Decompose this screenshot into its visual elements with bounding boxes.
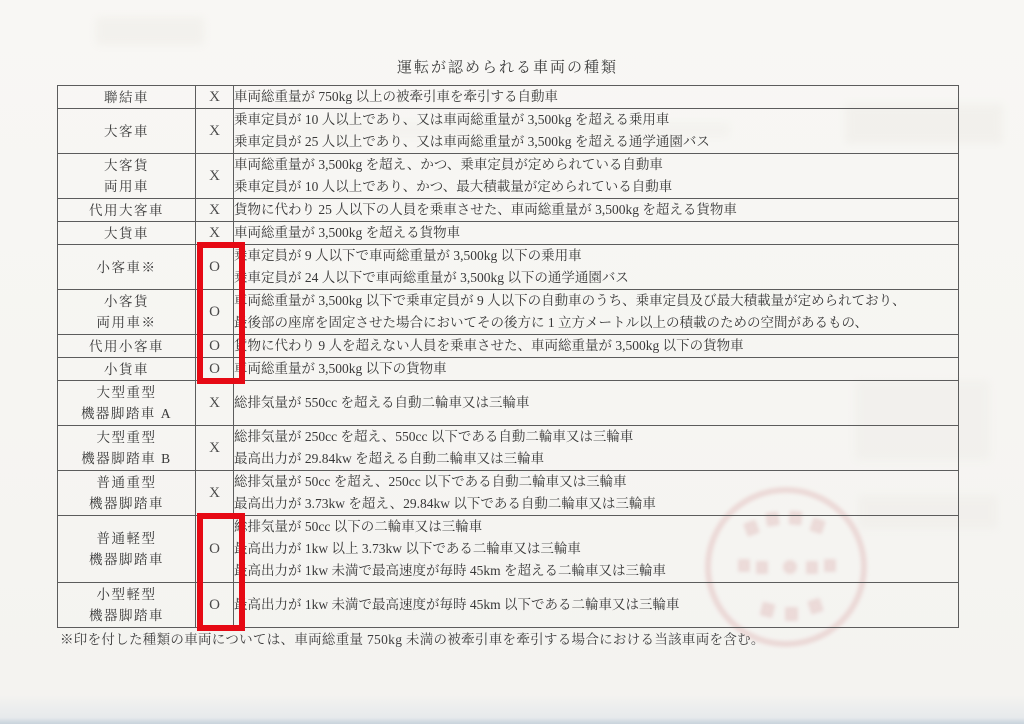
- permission-mark-cell: X: [196, 199, 234, 222]
- description-cell: 総排気量が 50cc を超え、250cc 以下である自動二輪車又は三輪車最高出力…: [234, 471, 959, 516]
- table-row: 小客貨両用車※O車両総重量が 3,500kg 以下で乗車定員が 9 人以下の自動…: [58, 290, 959, 335]
- vehicle-type-cell: 小客車※: [58, 245, 196, 290]
- description-line: 乗車定員が 25 人以上であり、又は車両総重量が 3,500kg を超える通学通…: [234, 131, 958, 153]
- permission-mark-cell: O: [196, 245, 234, 290]
- description-line: 最高出力が 1kw 未満で最高速度が毎時 45km 以下である二輪車又は三輪車: [234, 594, 958, 616]
- table-row: 代用大客車X貨物に代わり 25 人以下の人員を乗車させた、車両総重量が 3,50…: [58, 199, 959, 222]
- permission-mark-cell: O: [196, 335, 234, 358]
- vehicle-type-line: 機器脚踏車: [58, 605, 195, 626]
- vehicle-type-line: 機器脚踏車 B: [58, 448, 195, 469]
- table-row: 小客車※O乗車定員が 9 人以下で車両総重量が 3,500kg 以下の乗用車乗車…: [58, 245, 959, 290]
- description-line: 車両総重量が 750kg 以上の被牽引車を牽引する自動車: [234, 86, 958, 108]
- description-cell: 車両総重量が 750kg 以上の被牽引車を牽引する自動車: [234, 86, 959, 109]
- description-cell: 乗車定員が 9 人以下で車両総重量が 3,500kg 以下の乗用車乗車定員が 2…: [234, 245, 959, 290]
- vehicle-type-line: 代用大客車: [58, 200, 195, 221]
- description-line: 乗車定員が 10 人以上であり、又は車両総重量が 3,500kg を超える乗用車: [234, 109, 958, 131]
- vehicle-type-line: 小型軽型: [58, 584, 195, 605]
- description-line: 総排気量が 50cc を超え、250cc 以下である自動二輪車又は三輪車: [234, 471, 958, 493]
- description-cell: 総排気量が 250cc を超え、550cc 以下である自動二輪車又は三輪車最高出…: [234, 426, 959, 471]
- vehicle-type-line: 小客車※: [58, 257, 195, 278]
- description-line: 乗車定員が 24 人以下で車両総重量が 3,500kg 以下の通学通園バス: [234, 267, 958, 289]
- permission-mark-cell: O: [196, 290, 234, 335]
- description-line: 最高出力が 1kw 以上 3.73kw 以下である二輪車又は三輪車: [234, 538, 958, 560]
- vehicle-type-line: 機器脚踏車: [58, 549, 195, 570]
- description-line: 最高出力が 29.84kw を超える自動二輪車又は三輪車: [234, 448, 958, 470]
- permission-mark-cell: X: [196, 222, 234, 245]
- vehicle-type-line: 小貨車: [58, 359, 195, 380]
- vehicle-type-cell: 大客車: [58, 109, 196, 154]
- description-cell: 総排気量が 550cc を超える自動二輪車又は三輪車: [234, 381, 959, 426]
- description-cell: 車両総重量が 3,500kg 以下の貨物車: [234, 358, 959, 381]
- description-line: 車両総重量が 3,500kg を超え、かつ、乗車定員が定められている自動車: [234, 154, 958, 176]
- vehicle-type-cell: 普通重型機器脚踏車: [58, 471, 196, 516]
- vehicle-type-line: 大客貨: [58, 155, 195, 176]
- vehicle-type-cell: 小客貨両用車※: [58, 290, 196, 335]
- vehicle-type-line: 小客貨: [58, 291, 195, 312]
- permission-mark-cell: X: [196, 426, 234, 471]
- table-row: 大型重型機器脚踏車 AX総排気量が 550cc を超える自動二輪車又は三輪車: [58, 381, 959, 426]
- permission-mark-cell: X: [196, 381, 234, 426]
- description-cell: 貨物に代わり 9 人を超えない人員を乗車させた、車両総重量が 3,500kg 以…: [234, 335, 959, 358]
- footnote: ※印を付した種類の車両については、車両総重量 750kg 未満の被牽引車を牽引す…: [60, 628, 765, 648]
- description-cell: 車両総重量が 3,500kg を超え、かつ、乗車定員が定められている自動車乗車定…: [234, 154, 959, 199]
- permission-mark-cell: X: [196, 109, 234, 154]
- permission-mark-cell: X: [196, 154, 234, 199]
- vehicle-type-line: 普通重型: [58, 472, 195, 493]
- vehicle-permission-table: 聯結車X車両総重量が 750kg 以上の被牽引車を牽引する自動車大客車X乗車定員…: [57, 85, 959, 628]
- scanned-document-page: 運転が認められる車両の種類 聯結車X車両総重量が 750kg 以上の被牽引車を牽…: [0, 0, 1024, 724]
- vehicle-type-line: 聯結車: [58, 87, 195, 108]
- vehicle-type-cell: 代用大客車: [58, 199, 196, 222]
- description-line: 最後部の座席を固定させた場合においてその後方に 1 立方メートル以上の積載のため…: [234, 312, 958, 334]
- vehicle-type-cell: 聯結車: [58, 86, 196, 109]
- description-line: 貨物に代わり 25 人以下の人員を乗車させた、車両総重量が 3,500kg を超…: [234, 199, 958, 221]
- bleedthrough-mark: [96, 17, 204, 45]
- page-bottom-edge: [0, 718, 1024, 724]
- description-line: 車両総重量が 3,500kg 以下で乗車定員が 9 人以下の自動車のうち、乗車定…: [234, 290, 958, 312]
- description-line: 乗車定員が 9 人以下で車両総重量が 3,500kg 以下の乗用車: [234, 245, 958, 267]
- vehicle-type-cell: 小貨車: [58, 358, 196, 381]
- permission-mark-cell: O: [196, 516, 234, 583]
- table-row: 小貨車O車両総重量が 3,500kg 以下の貨物車: [58, 358, 959, 381]
- description-line: 総排気量が 550cc を超える自動二輪車又は三輪車: [234, 392, 958, 414]
- description-cell: 車両総重量が 3,500kg 以下で乗車定員が 9 人以下の自動車のうち、乗車定…: [234, 290, 959, 335]
- table-row: 小型軽型機器脚踏車O最高出力が 1kw 未満で最高速度が毎時 45km 以下であ…: [58, 583, 959, 628]
- vehicle-type-line: 大客車: [58, 121, 195, 142]
- table-row: 聯結車X車両総重量が 750kg 以上の被牽引車を牽引する自動車: [58, 86, 959, 109]
- description-cell: 貨物に代わり 25 人以下の人員を乗車させた、車両総重量が 3,500kg を超…: [234, 199, 959, 222]
- vehicle-type-cell: 普通軽型機器脚踏車: [58, 516, 196, 583]
- table-row: 普通軽型機器脚踏車O総排気量が 50cc 以下の二輪車又は三輪車最高出力が 1k…: [58, 516, 959, 583]
- description-cell: 車両総重量が 3,500kg を超える貨物車: [234, 222, 959, 245]
- vehicle-type-cell: 大型重型機器脚踏車 B: [58, 426, 196, 471]
- vehicle-type-line: 大型重型: [58, 427, 195, 448]
- description-cell: 乗車定員が 10 人以上であり、又は車両総重量が 3,500kg を超える乗用車…: [234, 109, 959, 154]
- vehicle-type-cell: 大客貨両用車: [58, 154, 196, 199]
- vehicle-type-line: 両用車※: [58, 312, 195, 333]
- vehicle-type-line: 代用小客車: [58, 336, 195, 357]
- permission-mark-cell: X: [196, 471, 234, 516]
- description-line: 総排気量が 50cc 以下の二輪車又は三輪車: [234, 516, 958, 538]
- table-row: 大型重型機器脚踏車 BX総排気量が 250cc を超え、550cc 以下である自…: [58, 426, 959, 471]
- vehicle-type-line: 大貨車: [58, 223, 195, 244]
- vehicle-type-cell: 大型重型機器脚踏車 A: [58, 381, 196, 426]
- permission-mark-cell: X: [196, 86, 234, 109]
- description-line: 車両総重量が 3,500kg を超える貨物車: [234, 222, 958, 244]
- description-cell: 総排気量が 50cc 以下の二輪車又は三輪車最高出力が 1kw 以上 3.73k…: [234, 516, 959, 583]
- table-row: 代用小客車O貨物に代わり 9 人を超えない人員を乗車させた、車両総重量が 3,5…: [58, 335, 959, 358]
- table-row: 大客車X乗車定員が 10 人以上であり、又は車両総重量が 3,500kg を超え…: [58, 109, 959, 154]
- table-row: 普通重型機器脚踏車X総排気量が 50cc を超え、250cc 以下である自動二輪…: [58, 471, 959, 516]
- vehicle-type-line: 普通軽型: [58, 528, 195, 549]
- description-line: 総排気量が 250cc を超え、550cc 以下である自動二輪車又は三輪車: [234, 426, 958, 448]
- vehicle-type-cell: 大貨車: [58, 222, 196, 245]
- description-line: 最高出力が 3.73kw を超え、29.84kw 以下である自動二輪車又は三輪車: [234, 493, 958, 515]
- description-line: 最高出力が 1kw 未満で最高速度が毎時 45km を超える二輪車又は三輪車: [234, 560, 958, 582]
- page-title: 運転が認められる車両の種類: [57, 56, 958, 77]
- vehicle-type-line: 機器脚踏車 A: [58, 403, 195, 424]
- vehicle-type-cell: 代用小客車: [58, 335, 196, 358]
- vehicle-type-line: 両用車: [58, 176, 195, 197]
- vehicle-type-line: 大型重型: [58, 382, 195, 403]
- description-line: 乗車定員が 10 人以上であり、かつ、最大積載量が定められている自動車: [234, 176, 958, 198]
- vehicle-table-body: 聯結車X車両総重量が 750kg 以上の被牽引車を牽引する自動車大客車X乗車定員…: [58, 86, 959, 628]
- table-row: 大貨車X車両総重量が 3,500kg を超える貨物車: [58, 222, 959, 245]
- table-row: 大客貨両用車X車両総重量が 3,500kg を超え、かつ、乗車定員が定められてい…: [58, 154, 959, 199]
- vehicle-type-cell: 小型軽型機器脚踏車: [58, 583, 196, 628]
- description-line: 貨物に代わり 9 人を超えない人員を乗車させた、車両総重量が 3,500kg 以…: [234, 335, 958, 357]
- permission-mark-cell: O: [196, 583, 234, 628]
- description-cell: 最高出力が 1kw 未満で最高速度が毎時 45km 以下である二輪車又は三輪車: [234, 583, 959, 628]
- vehicle-type-line: 機器脚踏車: [58, 493, 195, 514]
- description-line: 車両総重量が 3,500kg 以下の貨物車: [234, 358, 958, 380]
- permission-mark-cell: O: [196, 358, 234, 381]
